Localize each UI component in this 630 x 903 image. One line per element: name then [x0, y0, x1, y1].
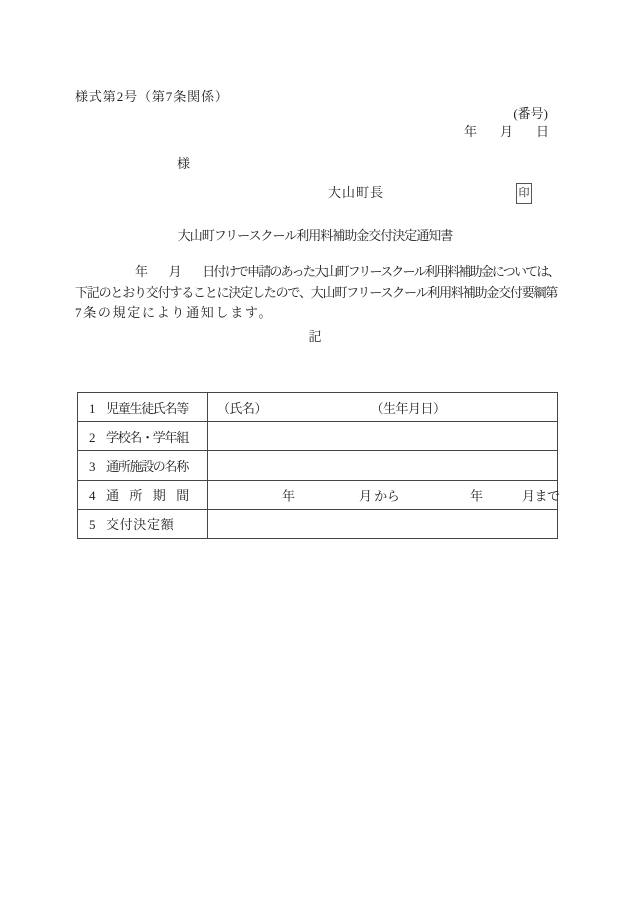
period-month-from: 月 から	[359, 485, 399, 504]
body-line-2: 下記のとおり交付することに決定したので、大山町フリースクール利用料補助金交付要綱…	[75, 283, 559, 304]
row-label: 通 所 期 間	[106, 488, 188, 503]
row-label: 通所施設の名称	[106, 459, 188, 474]
birthdate-field-label: （生年月日）	[377, 401, 446, 416]
document-title: 大山町フリースクール利用料補助金交付決定通知書	[0, 227, 630, 245]
row-value-cell	[208, 422, 558, 451]
row-value-cell: 年 月 から 年 月まで	[208, 480, 558, 509]
row-header-cell: 4通 所 期 間	[78, 480, 208, 509]
sender-name: 大山町長	[328, 184, 384, 202]
period-year-from: 年	[282, 485, 295, 504]
document-page: 様式第2号（第7条関係） (番号) 年 月 日 様 大山町長 印 大山町フリース…	[0, 0, 630, 903]
grant-decision-table: 1児童生徒氏名等 （氏名）（生年月日） 2学校名・学年組 3通所施設の名称 4通…	[77, 392, 558, 539]
row-header-cell: 3通所施設の名称	[78, 451, 208, 480]
row-label: 学校名・学年組	[106, 430, 188, 445]
row-header-cell: 1児童生徒氏名等	[78, 393, 208, 422]
addressee-honorific: 様	[177, 155, 190, 173]
table-row-attendance-period: 4通 所 期 間 年 月 から 年 月まで	[78, 480, 558, 509]
body-line-1: 年 月 日付けで申請のあった大山町フリースクール利用料補助金については、	[75, 262, 559, 283]
period-month-to: 月まで	[522, 485, 560, 504]
row-label: 交 付 決 定 額	[106, 517, 172, 532]
body-paragraph: 年 月 日付けで申請のあった大山町フリースクール利用料補助金については、 下記の…	[75, 262, 559, 324]
row-label: 児童生徒氏名等	[106, 401, 188, 416]
row-header-cell: 2学校名・学年組	[78, 422, 208, 451]
row-number: 2	[89, 430, 106, 446]
row-value-cell: （氏名）（生年月日）	[208, 393, 558, 422]
date-placeholder-line: 年 月 日	[464, 123, 548, 141]
name-field-label: （氏名）	[217, 401, 267, 416]
row-value-cell	[208, 509, 558, 538]
row-header-cell: 5交 付 決 定 額	[78, 509, 208, 538]
row-number: 4	[89, 488, 106, 504]
table-row-school: 2学校名・学年組	[78, 422, 558, 451]
table-row-student-name: 1児童生徒氏名等 （氏名）（生年月日）	[78, 393, 558, 422]
record-marker: 記	[0, 328, 630, 346]
row-number: 5	[89, 517, 106, 533]
row-number: 3	[89, 459, 106, 475]
table-row-facility: 3通所施設の名称	[78, 451, 558, 480]
table-row-grant-amount: 5交 付 決 定 額	[78, 509, 558, 538]
seal-stamp-mark: 印	[516, 183, 532, 204]
body-line-3: 7条の規定により通知します。	[75, 303, 559, 324]
period-year-to: 年	[470, 485, 483, 504]
document-number-placeholder: (番号)	[513, 105, 548, 123]
row-value-cell	[208, 451, 558, 480]
form-number-label: 様式第2号（第7条関係）	[75, 88, 229, 106]
row-number: 1	[89, 401, 106, 417]
